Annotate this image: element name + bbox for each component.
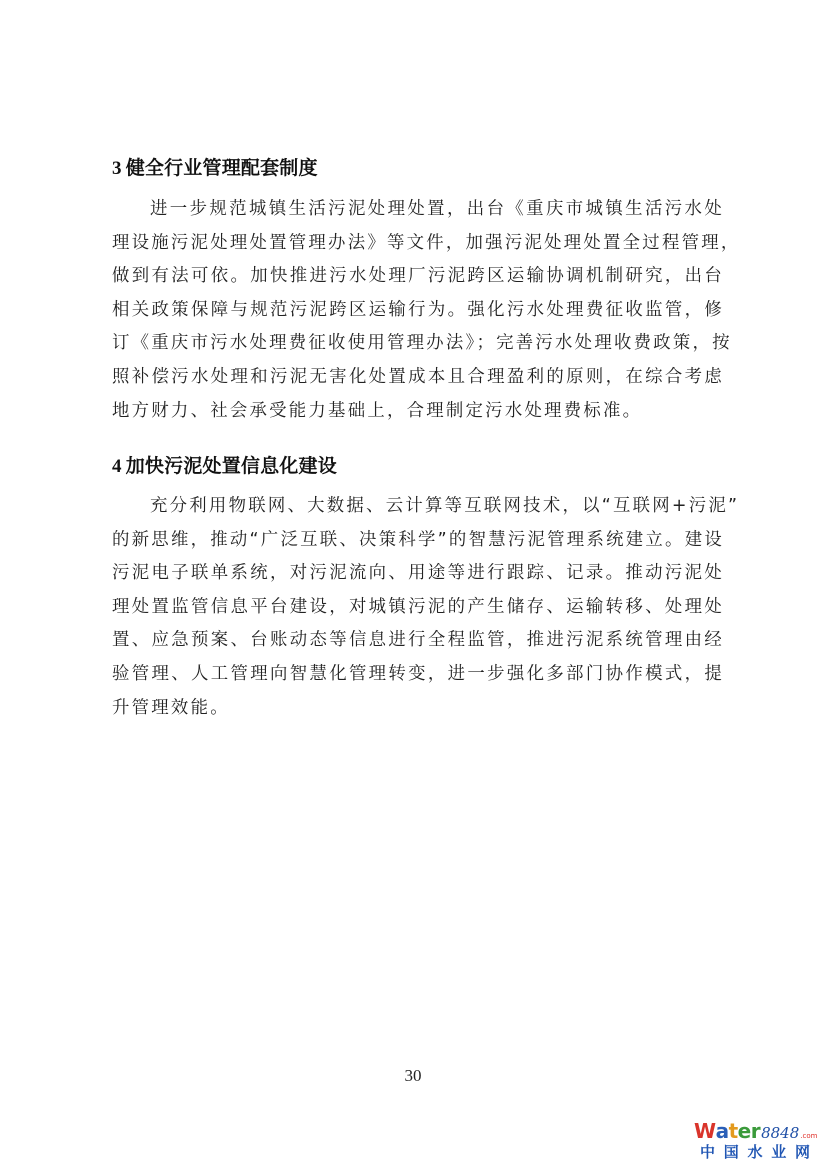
paragraph-line: 进一步规范城镇生活污泥处理处置，出台《重庆市城镇生活污水处	[112, 193, 724, 227]
paragraph-line: 地方财力、社会承受能力基础上，合理制定污水处理费标准。	[112, 395, 724, 429]
page-number: 30	[0, 1066, 826, 1086]
brand-letter: r	[751, 1120, 760, 1142]
watermark-chinese-name: 中 国 水 业 网	[700, 1142, 810, 1162]
paragraph-line: 置、应急预案、台账动态等信息进行全程监管，推进污泥系统管理由经	[112, 624, 724, 658]
brand-letter: a	[716, 1120, 729, 1142]
watermark-logo: Water 8848 .com 中 国 水 业 网	[694, 1120, 820, 1164]
paragraph-line: 做到有法可依。加快推进污水处理厂污泥跨区运输协调机制研究，出台	[112, 260, 724, 294]
paragraph-line: 照补偿污水处理和污泥无害化处置成本且合理盈利的原则，在综合考虑	[112, 361, 724, 395]
paragraph-line: 升管理效能。	[112, 692, 724, 726]
watermark-brand-word: Water	[694, 1120, 760, 1142]
watermark-char: 水	[747, 1142, 762, 1162]
paragraph-line: 订《重庆市污水处理费征收使用管理办法》；完善污水处理收费政策，按	[112, 327, 724, 361]
watermark-char: 业	[771, 1142, 786, 1162]
paragraph-line: 的新思维，推动“广泛互联、决策科学”的智慧污泥管理系统建立。建设	[112, 524, 724, 558]
watermark-number: 8848	[761, 1122, 799, 1144]
paragraph-line: 理处置监管信息平台建设，对城镇污泥的产生储存、运输转移、处理处	[112, 591, 724, 625]
section-number: 4	[112, 456, 122, 477]
paragraph-line: 验管理、人工管理向智慧化管理转变，进一步强化多部门协作模式，提	[112, 658, 724, 692]
document-page: 3健全行业管理配套制度 进一步规范城镇生活污泥处理处置，出台《重庆市城镇生活污水…	[0, 0, 826, 1169]
paragraph-line: 充分利用物联网、大数据、云计算等互联网技术，以“互联网+污泥”	[112, 490, 724, 524]
brand-letter: t	[729, 1120, 738, 1142]
watermark-brand-row: Water 8848 .com	[694, 1120, 820, 1142]
section-paragraph-3: 进一步规范城镇生活污泥处理处置，出台《重庆市城镇生活污水处 理设施污泥处理处置管…	[112, 193, 724, 428]
section-heading-4: 4加快污泥处置信息化建设	[112, 454, 724, 479]
paragraph-line: 理设施污泥处理处置管理办法》等文件，加强污泥处理处置全过程管理，	[112, 227, 724, 261]
section-heading-3: 3健全行业管理配套制度	[112, 156, 724, 181]
watermark-char: 中	[700, 1142, 715, 1162]
section-paragraph-4: 充分利用物联网、大数据、云计算等互联网技术，以“互联网+污泥” 的新思维，推动“…	[112, 490, 724, 725]
section-title: 健全行业管理配套制度	[126, 157, 318, 179]
watermark-char: 网	[795, 1142, 810, 1162]
brand-letter: W	[694, 1120, 716, 1142]
watermark-char: 国	[724, 1142, 739, 1162]
paragraph-line: 污泥电子联单系统，对污泥流向、用途等进行跟踪、记录。推动污泥处	[112, 557, 724, 591]
brand-letter: e	[738, 1120, 751, 1142]
paragraph-line: 相关政策保障与规范污泥跨区运输行为。强化污水处理费征收监管，修	[112, 294, 724, 328]
section-title: 加快污泥处置信息化建设	[126, 455, 337, 477]
section-number: 3	[112, 158, 122, 179]
